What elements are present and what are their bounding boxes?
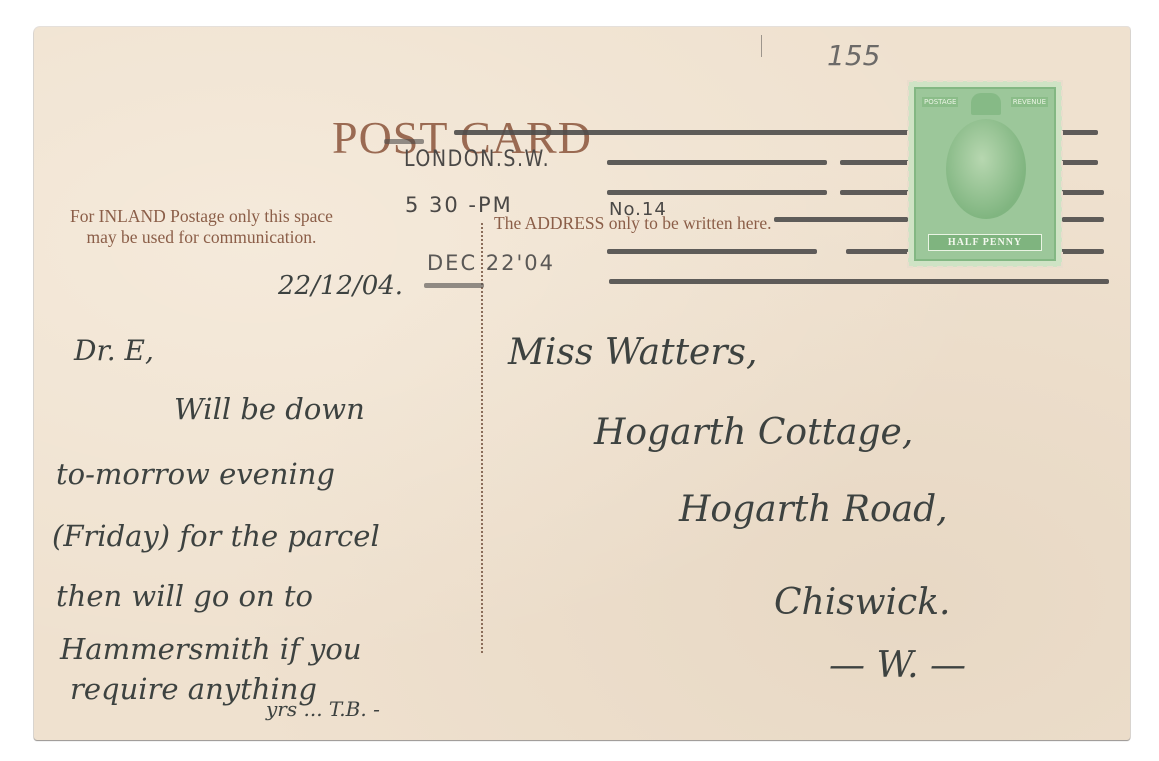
message-line: (Friday) for the parcel xyxy=(52,519,380,553)
stamp-value: HALF PENNY xyxy=(928,234,1042,251)
message-line: then will go on to xyxy=(56,579,313,613)
message-date: 22/12/04. xyxy=(278,271,403,301)
cancel-line xyxy=(384,139,424,144)
cancel-line xyxy=(424,283,484,288)
cancel-line xyxy=(609,279,1109,284)
half-penny-stamp: POSTAGE REVENUE HALF PENNY xyxy=(908,81,1062,267)
stamp-design: POSTAGE REVENUE HALF PENNY xyxy=(914,87,1056,261)
message-line: Hammersmith if you xyxy=(60,632,362,666)
message-greeting: Dr. E, xyxy=(74,334,154,367)
message-line: to-morrow evening xyxy=(56,457,335,491)
signature: yrs ... T.B. - xyxy=(266,697,380,721)
postmark-city: LONDON.S.W. xyxy=(404,146,550,171)
postmark-date: DEC 22'04 xyxy=(427,251,555,275)
message-line: Will be down xyxy=(174,392,365,426)
pencil-mark xyxy=(761,35,762,57)
address-line-name: Miss Watters, xyxy=(508,332,757,373)
inland-note-line-2: may be used for communication. xyxy=(70,227,333,248)
crown-icon xyxy=(971,93,1001,115)
inland-postage-note: For INLAND Postage only this space may b… xyxy=(70,206,333,248)
address-line-town: Chiswick. xyxy=(774,582,950,623)
postmark-time: 5 30 -PM xyxy=(405,193,513,217)
address-line-district: — W. — xyxy=(829,645,966,686)
inland-note-line-1: For INLAND Postage only this space xyxy=(70,206,333,227)
cancel-line xyxy=(607,249,817,254)
cancel-line xyxy=(607,190,827,195)
stamp-revenue-label: REVENUE xyxy=(1011,97,1048,107)
king-portrait-icon xyxy=(946,119,1026,219)
cancel-line xyxy=(607,160,827,165)
stamp-postage-label: POSTAGE xyxy=(922,97,958,107)
pencil-catalog-number: 155 xyxy=(827,39,880,72)
address-line-street: Hogarth Road, xyxy=(679,489,948,530)
address-line-house: Hogarth Cottage, xyxy=(594,412,913,453)
postmark-number: No.14 xyxy=(609,199,667,220)
postcard: 155 POST CARD For INLAND Postage only th… xyxy=(34,27,1130,740)
